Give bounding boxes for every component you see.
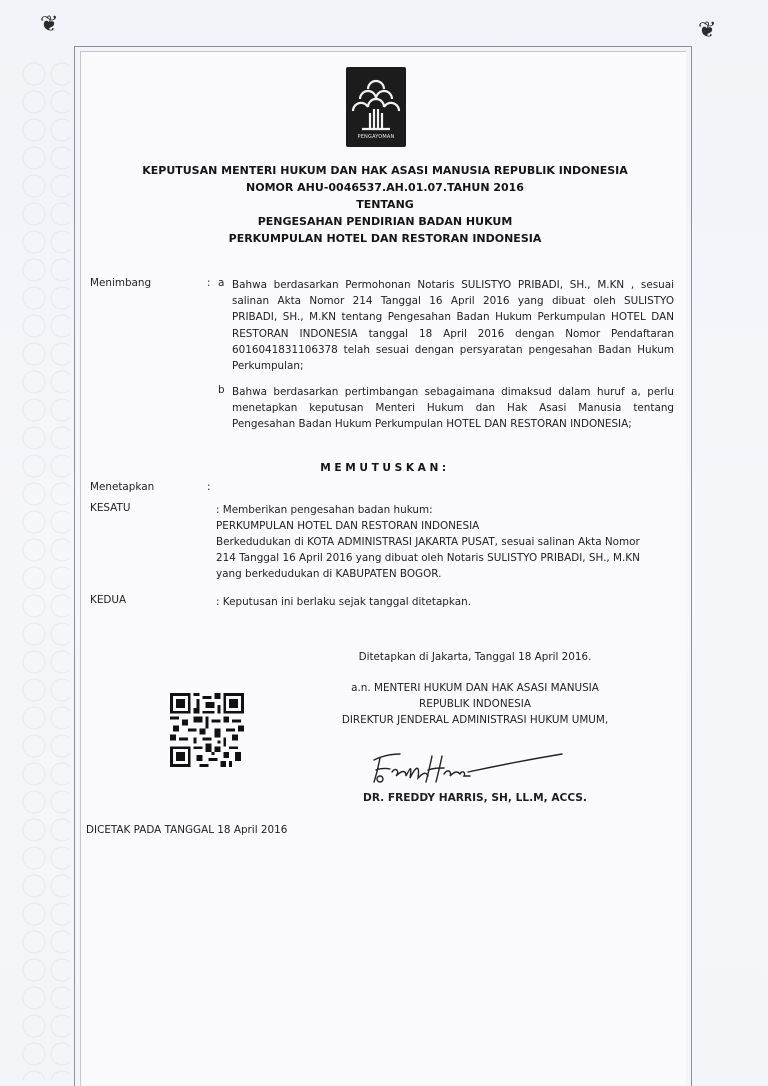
signer-name: DR. FREDDY HARRIS, SH, LL.M, ACCS. — [320, 792, 630, 804]
text-line: menetapkan keputusan Menteri Hukum dan H… — [232, 400, 674, 416]
title-line-5: PERKUMPULAN HOTEL DAN RESTORAN INDONESIA — [120, 230, 650, 247]
kesatu-text: : Memberikan pengesahan badan hukum: PER… — [216, 502, 676, 582]
kedua-text: : Keputusan ini berlaku sejak tanggal di… — [216, 594, 676, 610]
on-behalf-line-2: REPUBLIK INDONESIA — [320, 698, 630, 710]
banyan-tree-emblem-icon: PENGAYOMAN — [346, 67, 406, 147]
text-line: RESTORAN INDONESIA tanggal 18 April 2016… — [232, 326, 674, 342]
menetapkan-label: Menetapkan — [90, 481, 154, 493]
text-line: Bahwa berdasarkan pertimbangan sebagaima… — [232, 384, 674, 400]
menetapkan-colon: : — [207, 481, 211, 493]
left-border-ornament — [20, 60, 70, 1080]
memutuskan-heading: MEMUTUSKAN: — [280, 462, 490, 474]
text-line: Berkedudukan di KOTA ADMINISTRASI JAKART… — [216, 534, 676, 550]
text-line: Pengesahan Badan Hukum Perkumpulan HOTEL… — [232, 416, 674, 432]
title-line-1: KEPUTUSAN MENTERI HUKUM DAN HAK ASASI MA… — [120, 162, 650, 179]
title-line-3: TENTANG — [120, 196, 650, 213]
text-line: : Memberikan pengesahan badan hukum: — [216, 502, 676, 518]
text-line: yang berkedudukan di KABUPATEN BOGOR. — [216, 566, 676, 582]
printed-date: DICETAK PADA TANGGAL 18 April 2016 — [86, 824, 287, 836]
decree-number: NOMOR AHU-0046537.AH.01.07.TAHUN 2016 — [120, 179, 650, 196]
consideration-a: Bahwa berdasarkan Permohonan Notaris SUL… — [232, 277, 674, 374]
qr-code-icon — [170, 693, 244, 767]
ornament-icon: ❦ — [40, 14, 58, 36]
text-line: Bahwa berdasarkan Permohonan Notaris SUL… — [232, 277, 674, 293]
ornament-icon: ❦ — [698, 20, 716, 42]
item-letter-a: a — [218, 277, 224, 289]
text-line: salinan Akta Nomor 214 Tanggal 16 April … — [232, 293, 674, 309]
handwritten-signature — [366, 742, 566, 790]
text-line: PRIBADI, SH., M.KN tentang Pengesahan Ba… — [232, 309, 674, 325]
on-behalf-line-1: a.n. MENTERI HUKUM DAN HAK ASASI MANUSIA — [320, 682, 630, 694]
item-letter-b: b — [218, 384, 225, 396]
kedua-label: KEDUA — [90, 594, 126, 606]
title-line-4: PENGESAHAN PENDIRIAN BADAN HUKUM — [120, 213, 650, 230]
text-line: 6016041831106378 telah sesuai dengan per… — [232, 342, 674, 358]
signer-position: DIREKTUR JENDERAL ADMINISTRASI HUKUM UMU… — [320, 714, 630, 726]
kesatu-label: KESATU — [90, 502, 130, 514]
consideration-b: Bahwa berdasarkan pertimbangan sebagaima… — [232, 384, 674, 433]
logo-label: PENGAYOMAN — [346, 134, 406, 140]
menimbang-colon: : — [207, 277, 211, 289]
organization-name: PERKUMPULAN HOTEL DAN RESTORAN INDONESIA — [216, 518, 676, 534]
text-line: PERKUMPULAN HOTEL DAN RESTORAN INDONESIA — [216, 518, 479, 534]
text-line: 214 Tanggal 16 April 2016 yang dibuat ol… — [216, 550, 676, 566]
text-line: Perkumpulan; — [232, 358, 674, 374]
menimbang-label: Menimbang — [90, 277, 151, 289]
place-date: Ditetapkan di Jakarta, Tanggal 18 April … — [320, 651, 630, 663]
document-title: KEPUTUSAN MENTERI HUKUM DAN HAK ASASI MA… — [120, 162, 650, 247]
